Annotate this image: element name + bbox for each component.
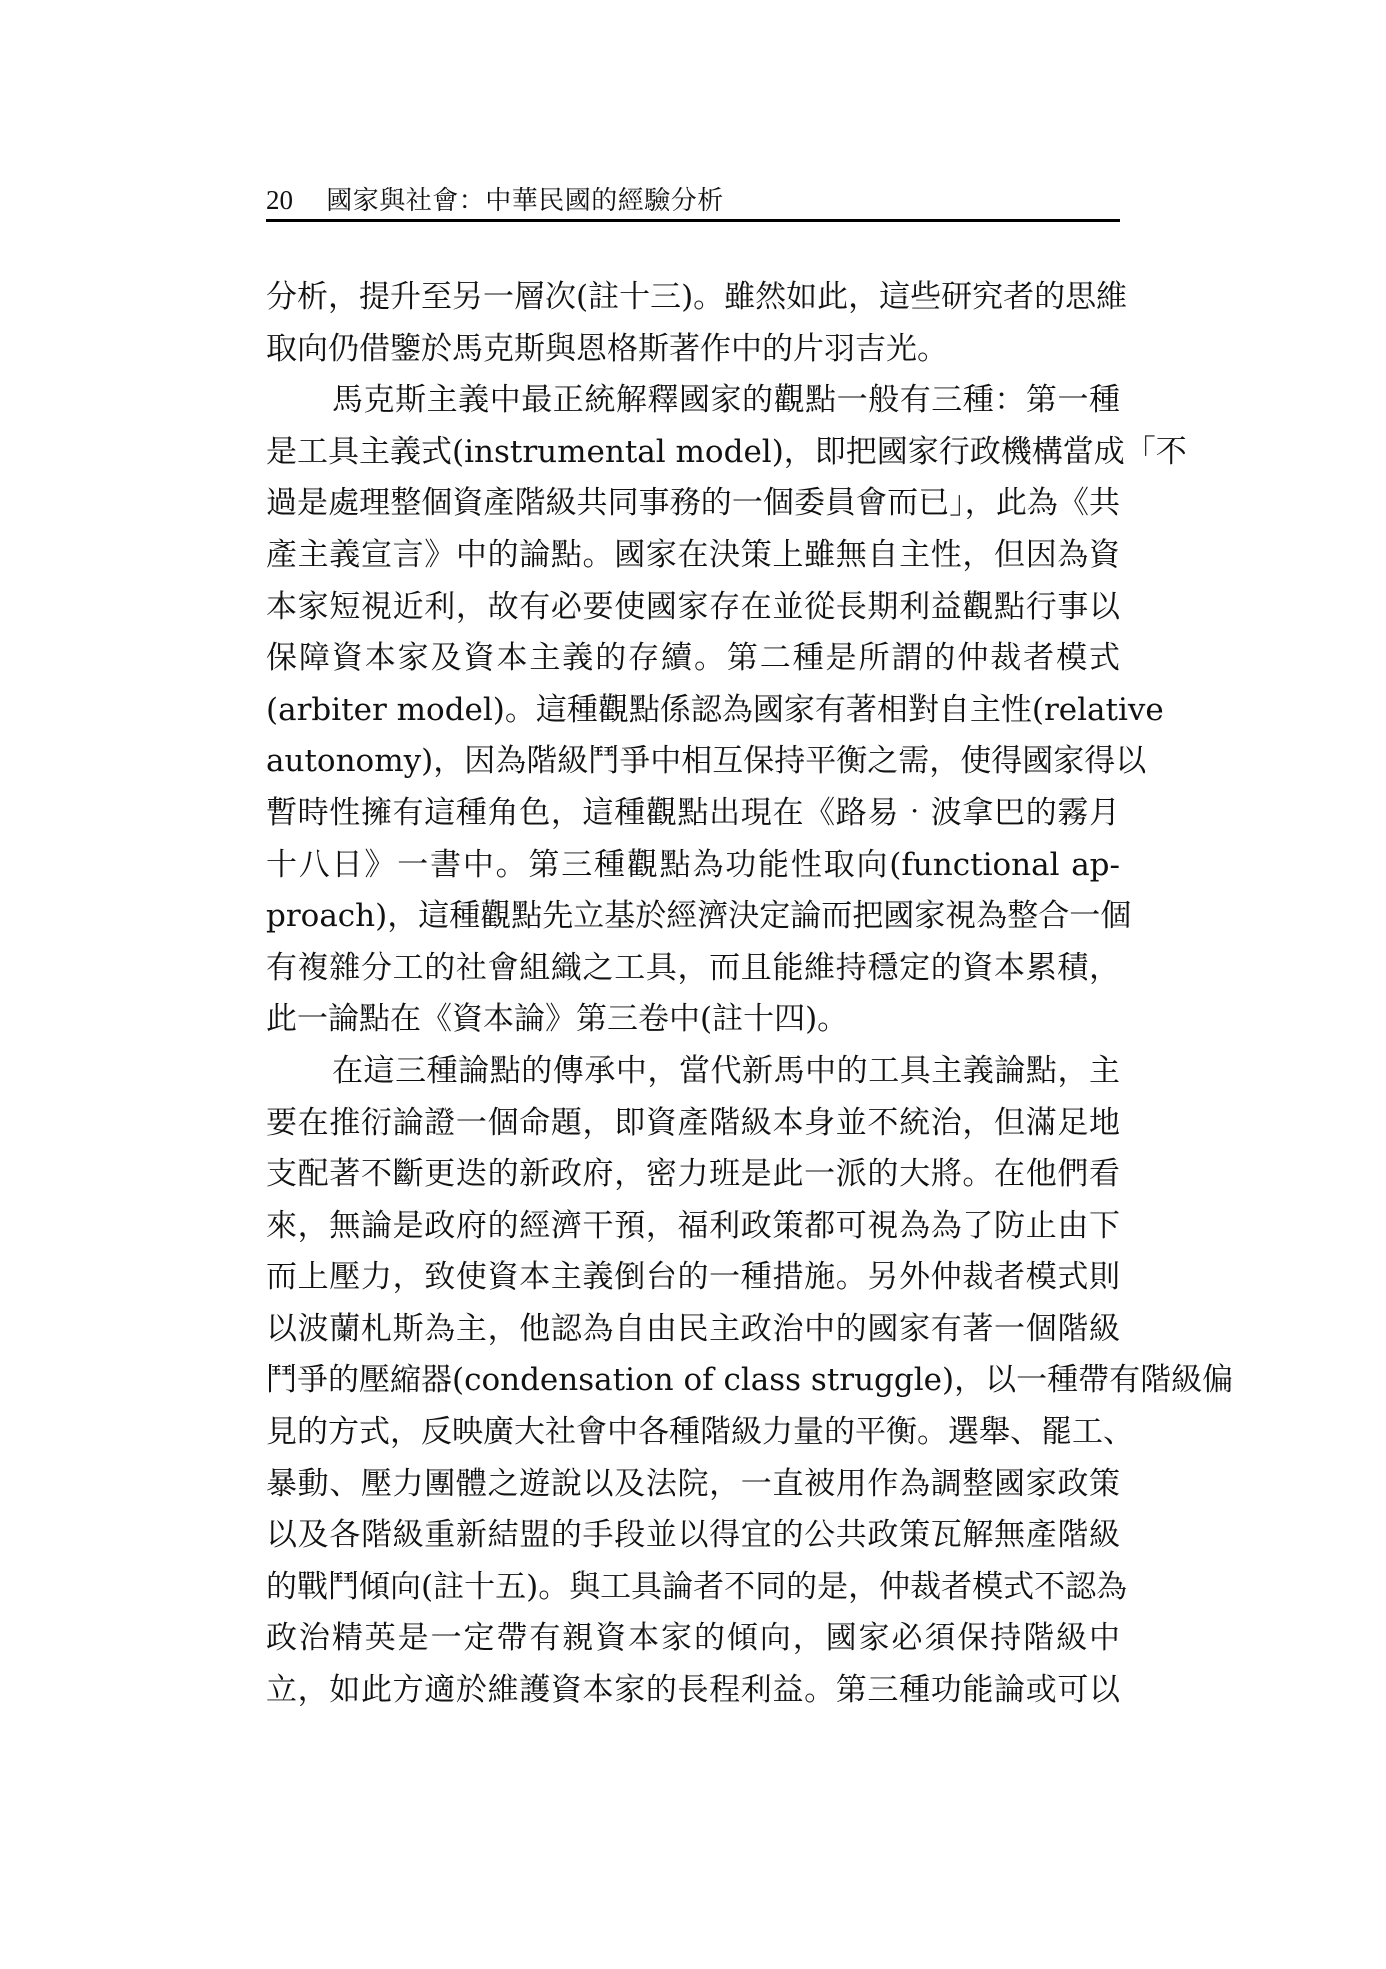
header-rule <box>266 219 1120 222</box>
text-line: 來，無論是政府的經濟干預，福利政策都可視為為了防止由下 <box>266 1201 1120 1253</box>
text-line: 過是處理整個資產階級共同事務的一個委員會而已」，此為《共 <box>266 478 1120 530</box>
text-line: 暫時性擁有這種角色，這種觀點出現在《路易‧波拿巴的霧月 <box>266 788 1120 840</box>
text-line: 保障資本家及資本主義的存續。第二種是所謂的仲裁者模式 <box>266 633 1120 685</box>
page-number: 20 <box>266 183 318 217</box>
text-line: 立，如此方適於維護資本家的長程利益。第三種功能論或可以 <box>266 1665 1120 1717</box>
text-line: 十八日》一書中。第三種觀點為功能性取向(functional ap- <box>266 840 1120 892</box>
text-line: 鬥爭的壓縮器(condensation of class struggle)，以… <box>266 1355 1120 1407</box>
paragraph: 在這三種論點的傳承中，當代新馬中的工具主義論點，主 要在推衍論證一個命題，即資產… <box>266 1046 1120 1717</box>
text-line: 是工具主義式(instrumental model)，即把國家行政機構當成「不 <box>266 427 1120 479</box>
text-line: 而上壓力，致使資本主義倒台的一種措施。另外仲裁者模式則 <box>266 1252 1120 1304</box>
text-line: 要在推衍論證一個命題，即資產階級本身並不統治，但滿足地 <box>266 1098 1120 1150</box>
paragraph: 分析，提升至另一層次(註十三)。雖然如此，這些研究者的思維 取向仍借鑒於馬克斯與… <box>266 272 1120 375</box>
text-line: autonomy)，因為階級鬥爭中相互保持平衡之需，使得國家得以 <box>266 736 1120 788</box>
text-line: 馬克斯主義中最正統解釋國家的觀點一般有三種：第一種 <box>266 375 1120 427</box>
text-line: proach)，這種觀點先立基於經濟決定論而把國家視為整合一個 <box>266 891 1120 943</box>
text-line: 此一論點在《資本論》第三卷中(註十四)。 <box>266 994 1120 1046</box>
text-line: 本家短視近利，故有必要使國家存在並從長期利益觀點行事以 <box>266 582 1120 634</box>
text-line: 在這三種論點的傳承中，當代新馬中的工具主義論點，主 <box>266 1046 1120 1098</box>
text-line: 的戰鬥傾向(註十五)。與工具論者不同的是，仲裁者模式不認為 <box>266 1562 1120 1614</box>
text-line: 政治精英是一定帶有親資本家的傾向，國家必須保持階級中 <box>266 1613 1120 1665</box>
text-line: 以及各階級重新結盟的手段並以得宜的公共政策瓦解無產階級 <box>266 1510 1120 1562</box>
body-text: 分析，提升至另一層次(註十三)。雖然如此，這些研究者的思維 取向仍借鑒於馬克斯與… <box>266 272 1120 1717</box>
text-line: 支配著不斷更迭的新政府，密力班是此一派的大將。在他們看 <box>266 1149 1120 1201</box>
text-line: 以波蘭札斯為主，他認為自由民主政治中的國家有著一個階級 <box>266 1304 1120 1356</box>
text-line: (arbiter model)。這種觀點係認為國家有著相對自主性(relativ… <box>266 685 1120 737</box>
text-line: 暴動、壓力團體之遊說以及法院，一直被用作為調整國家政策 <box>266 1459 1120 1511</box>
book-title: 國家與社會：中華民國的經驗分析 <box>326 184 724 218</box>
text-line: 產主義宣言》中的論點。國家在決策上雖無自主性，但因為資 <box>266 530 1120 582</box>
running-header: 20 國家與社會：中華民國的經驗分析 <box>266 183 1120 217</box>
text-line: 見的方式，反映廣大社會中各種階級力量的平衡。選舉、罷工、 <box>266 1407 1120 1459</box>
paragraph: 馬克斯主義中最正統解釋國家的觀點一般有三種：第一種 是工具主義式(instrum… <box>266 375 1120 1046</box>
text-line: 分析，提升至另一層次(註十三)。雖然如此，這些研究者的思維 <box>266 272 1120 324</box>
text-line: 取向仍借鑒於馬克斯與恩格斯著作中的片羽吉光。 <box>266 324 1120 376</box>
text-line: 有複雜分工的社會組織之工具，而且能維持穩定的資本累積， <box>266 943 1120 995</box>
